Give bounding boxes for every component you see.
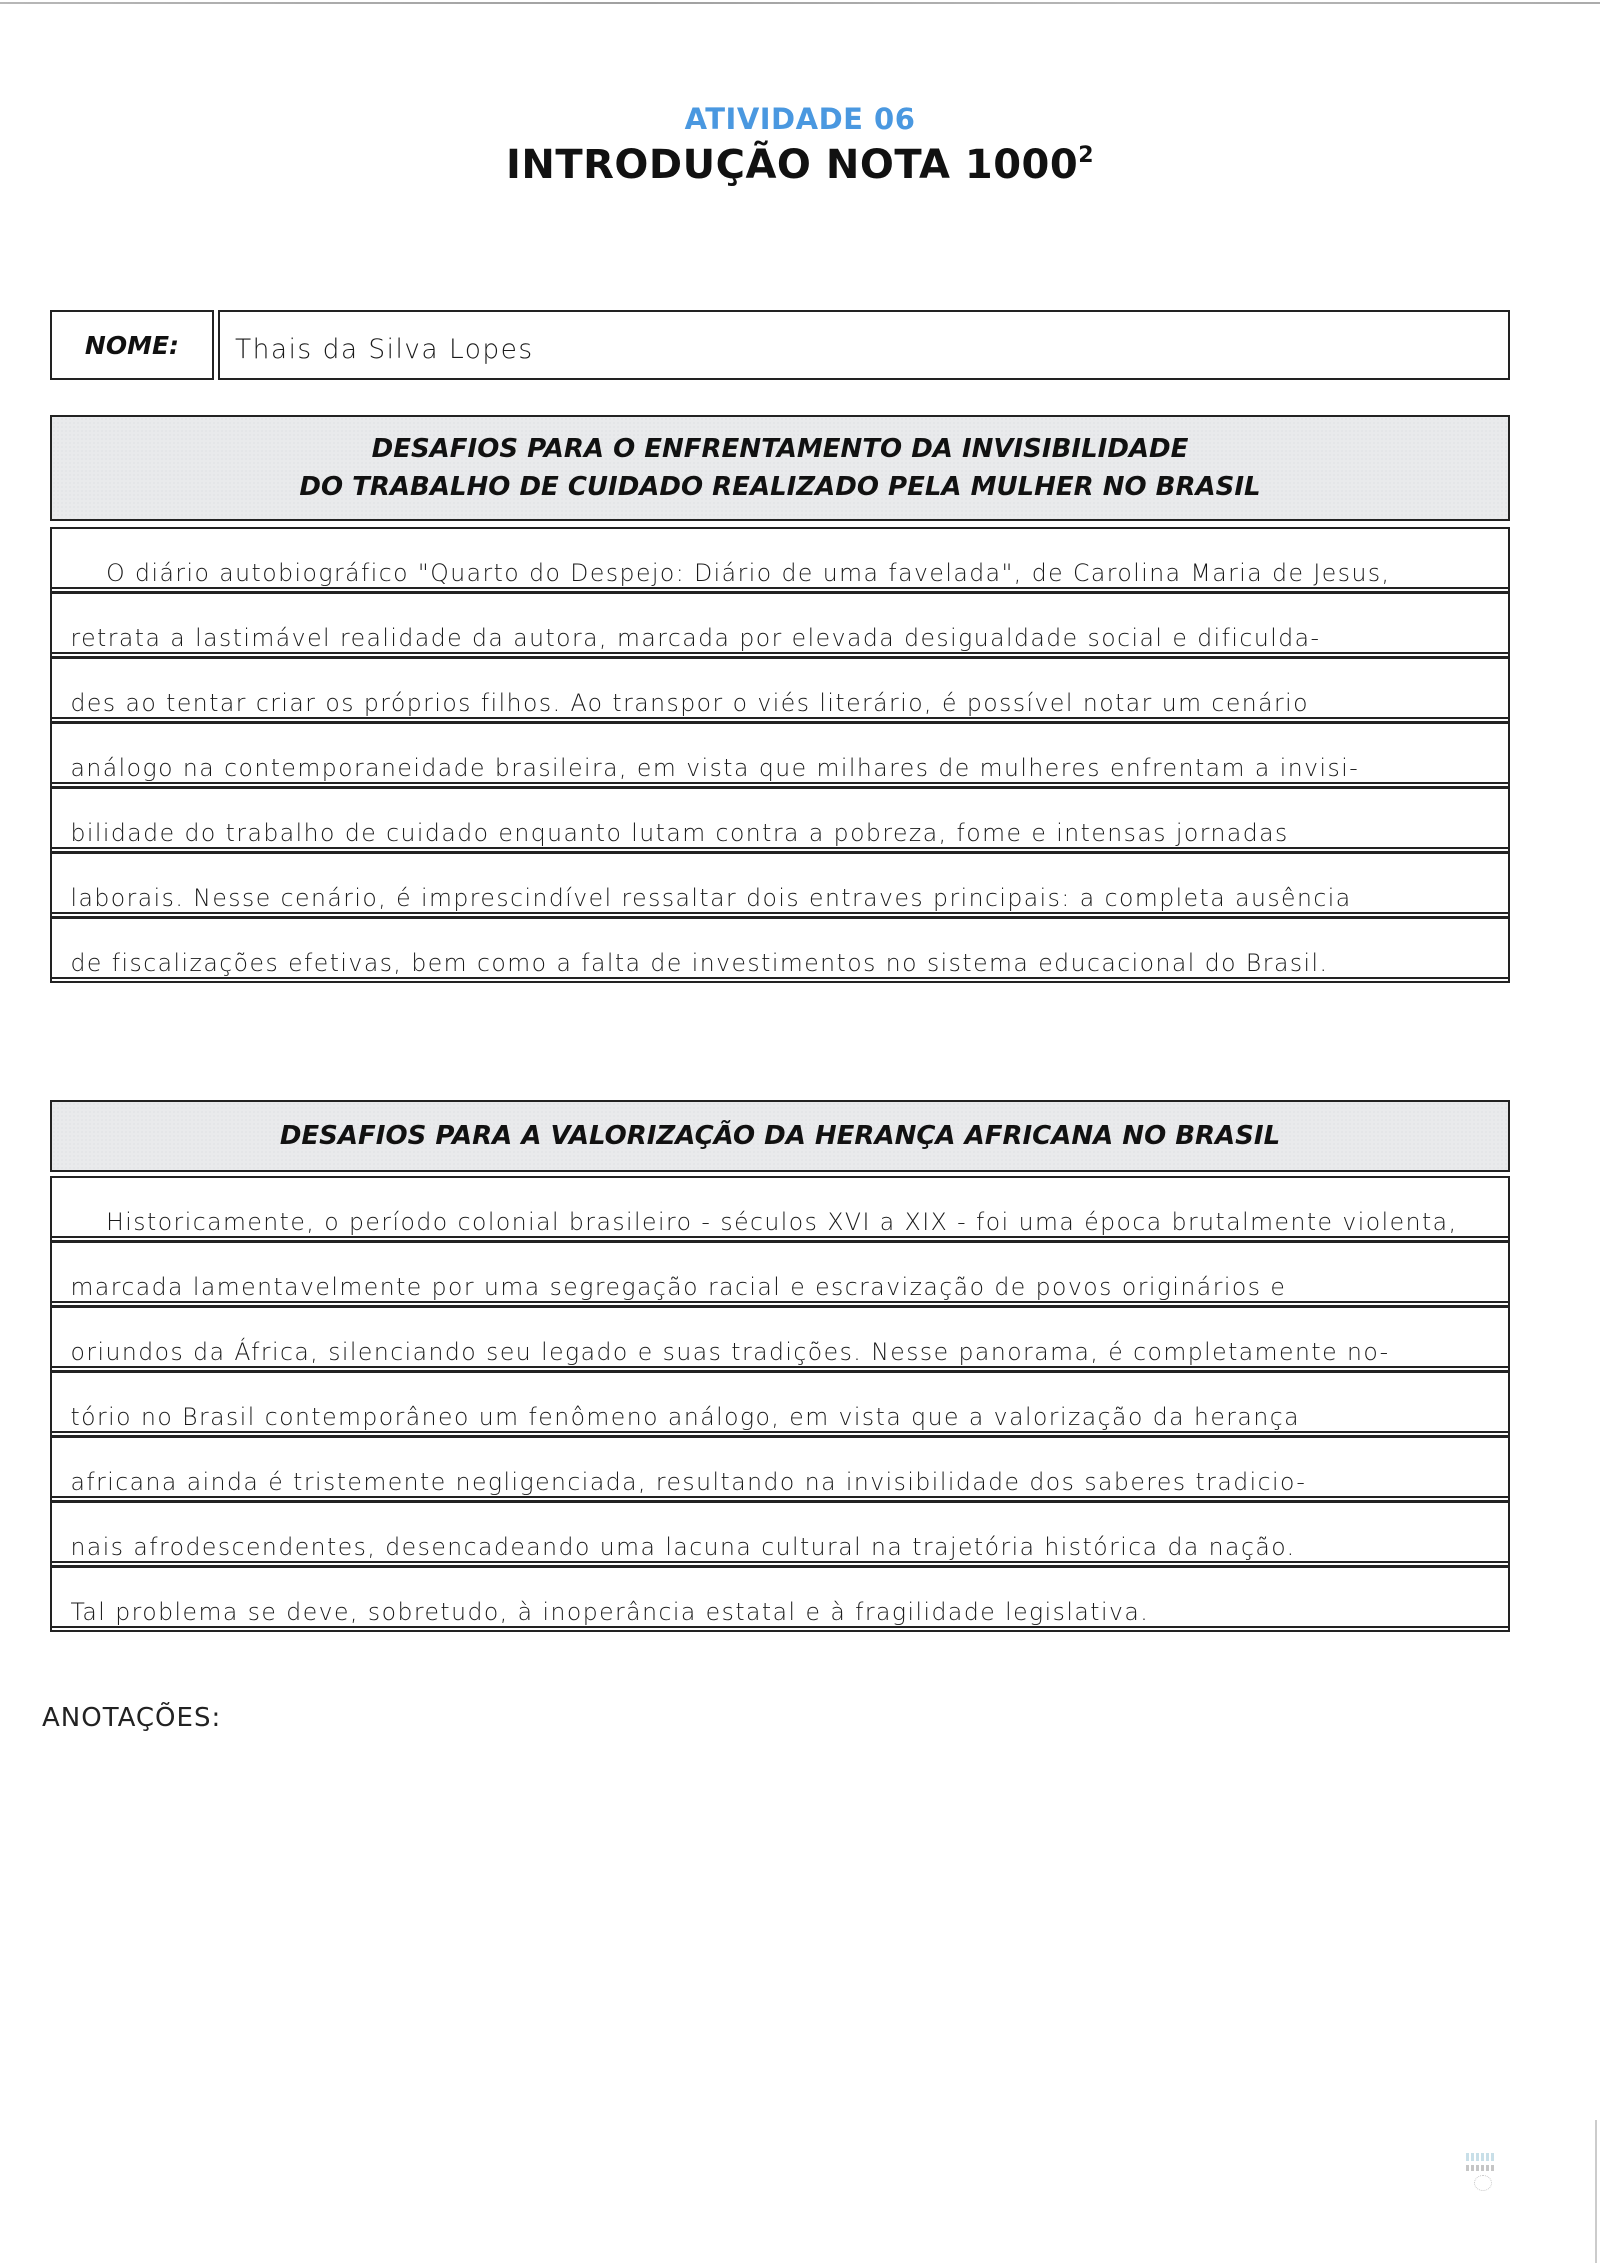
writing-line[interactable]: nais afrodescendentes, desencadeando uma… (50, 1501, 1510, 1567)
section-2-heading-line-1: DESAFIOS PARA A VALORIZAÇÃO DA HERANÇA A… (280, 1117, 1280, 1155)
page-title: INTRODUÇÃO NOTA 10002 (0, 142, 1600, 188)
line-text: laborais. Nesse cenário, é imprescindíve… (70, 884, 1489, 912)
line-rule (52, 717, 1508, 719)
name-label: NOME: (85, 331, 179, 360)
writing-line[interactable]: tório no Brasil contemporâneo um fenômen… (50, 1371, 1510, 1437)
writing-line[interactable]: Tal problema se deve, sobretudo, à inope… (50, 1566, 1510, 1632)
name-field[interactable]: Thais da Silva Lopes (218, 310, 1510, 380)
line-rule (52, 1366, 1508, 1368)
line-text: africana ainda é tristemente negligencia… (70, 1468, 1489, 1496)
section-1-heading-line-1: DESAFIOS PARA O ENFRENTAMENTO DA INVISIB… (372, 430, 1189, 468)
line-rule (52, 652, 1508, 654)
line-rule (52, 1561, 1508, 1563)
page-title-text: INTRODUÇÃO NOTA 1000 (506, 142, 1078, 188)
name-value: Thais da Silva Lopes (235, 326, 534, 365)
notes-label: ANOTAÇÕES: (42, 1703, 221, 1733)
writing-line[interactable]: análogo na contemporaneidade brasileira,… (50, 722, 1510, 788)
line-text: marcada lamentavelmente por uma segregaç… (70, 1273, 1489, 1301)
line-text: tório no Brasil contemporâneo um fenômen… (70, 1403, 1489, 1431)
line-text: Tal problema se deve, sobretudo, à inope… (70, 1598, 1489, 1626)
section-1-heading: DESAFIOS PARA O ENFRENTAMENTO DA INVISIB… (50, 415, 1510, 521)
line-rule (52, 1626, 1508, 1628)
section-1-heading-line-2: DO TRABALHO DE CUIDADO REALIZADO PELA MU… (299, 468, 1260, 506)
line-rule (52, 587, 1508, 589)
writing-line[interactable]: oriundos da África, silenciando seu lega… (50, 1306, 1510, 1372)
writing-line[interactable]: Historicamente, o período colonial brasi… (50, 1176, 1510, 1242)
line-rule (52, 1301, 1508, 1303)
writing-line[interactable]: laborais. Nesse cenário, é imprescindíve… (50, 852, 1510, 918)
line-rule (52, 977, 1508, 979)
line-rule (52, 1236, 1508, 1238)
line-text: análogo na contemporaneidade brasileira,… (70, 754, 1489, 782)
scanner-stamp-icon (1466, 2153, 1496, 2197)
line-text: O diário autobiográfico "Quarto do Despe… (106, 559, 1490, 587)
line-text: nais afrodescendentes, desencadeando uma… (70, 1533, 1489, 1561)
line-text: de fiscalizações efetivas, bem como a fa… (70, 949, 1489, 977)
line-text: Historicamente, o período colonial brasi… (106, 1208, 1490, 1236)
writing-line[interactable]: de fiscalizações efetivas, bem como a fa… (50, 917, 1510, 983)
line-text: des ao tentar criar os próprios filhos. … (70, 689, 1489, 717)
section-2-writing-area[interactable]: Historicamente, o período colonial brasi… (50, 1176, 1510, 1632)
writing-line[interactable]: des ao tentar criar os próprios filhos. … (50, 657, 1510, 723)
line-text: bilidade do trabalho de cuidado enquanto… (70, 819, 1489, 847)
title-superscript: 2 (1078, 143, 1094, 168)
line-text: oriundos da África, silenciando seu lega… (70, 1338, 1489, 1366)
section-1-writing-area[interactable]: O diário autobiográfico "Quarto do Despe… (50, 527, 1510, 983)
writing-line[interactable]: O diário autobiográfico "Quarto do Despe… (50, 527, 1510, 593)
activity-label: ATIVIDADE 06 (0, 102, 1600, 136)
writing-line[interactable]: africana ainda é tristemente negligencia… (50, 1436, 1510, 1502)
line-rule (52, 1496, 1508, 1498)
scan-right-edge (1595, 2120, 1597, 2263)
line-rule (52, 1431, 1508, 1433)
line-rule (52, 912, 1508, 914)
writing-line[interactable]: bilidade do trabalho de cuidado enquanto… (50, 787, 1510, 853)
scan-top-edge (0, 2, 1600, 4)
line-rule (52, 782, 1508, 784)
writing-line[interactable]: retrata a lastimável realidade da autora… (50, 592, 1510, 658)
section-2-heading: DESAFIOS PARA A VALORIZAÇÃO DA HERANÇA A… (50, 1100, 1510, 1172)
line-rule (52, 847, 1508, 849)
name-label-box: NOME: (50, 310, 214, 380)
writing-line[interactable]: marcada lamentavelmente por uma segregaç… (50, 1241, 1510, 1307)
line-text: retrata a lastimável realidade da autora… (70, 624, 1489, 652)
